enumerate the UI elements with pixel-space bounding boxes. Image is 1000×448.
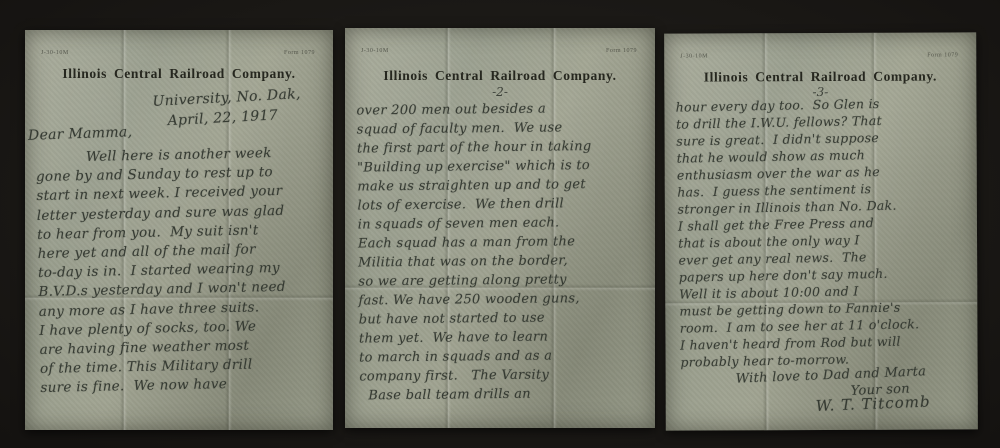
handwritten-body: Well here is another weekgone by and Sun…: [35, 143, 327, 399]
photograph-of-letter: J-30-10M Form 1079 Illinois Central Rail…: [0, 0, 1000, 448]
form-number: Form 1079: [606, 48, 637, 54]
salutation: Dear Mamma,: [28, 124, 133, 144]
handwritten-body: over 200 men out besides asquad of facul…: [356, 98, 648, 405]
letterhead-title: Illinois Central Railroad Company.: [25, 66, 333, 82]
dateline: University, No. Dak, April, 22, 1917: [152, 84, 302, 132]
print-code: J-30-10M: [680, 53, 708, 59]
form-number: Form 1079: [284, 50, 315, 56]
page-number: -2-: [345, 85, 655, 99]
form-number: Form 1079: [927, 52, 958, 58]
print-code: J-30-10M: [41, 50, 69, 56]
signature: W. T. Titcomb: [815, 393, 930, 415]
handwritten-body: hour every day too. So Glen isto drill t…: [676, 93, 972, 370]
letter-page-1: J-30-10M Form 1079 Illinois Central Rail…: [25, 30, 333, 430]
letterhead-title: Illinois Central Railroad Company.: [345, 68, 655, 84]
letterhead-title: Illinois Central Railroad Company.: [664, 68, 976, 85]
print-code: J-30-10M: [361, 48, 389, 54]
letter-page-2: J-30-10M Form 1079 Illinois Central Rail…: [345, 28, 655, 428]
letter-page-3: J-30-10M Form 1079 Illinois Central Rail…: [664, 32, 978, 430]
handwritten-line: Base ball team drills an: [359, 383, 648, 405]
